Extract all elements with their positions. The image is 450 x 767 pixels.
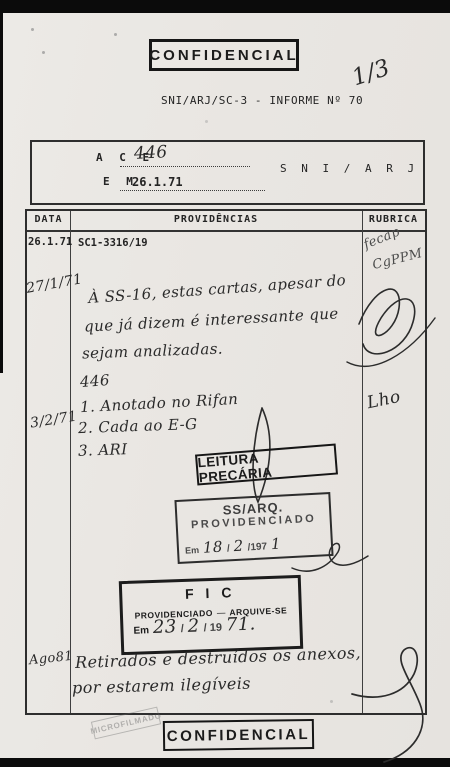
ssarq-em-label: Em xyxy=(185,545,200,556)
rubrica-signature-icon xyxy=(345,266,437,378)
paper-speck xyxy=(31,28,34,31)
fic-day-hw: 23 xyxy=(153,616,177,638)
paper-speck xyxy=(42,51,45,54)
typed-entry-text: SC1-3316/19 xyxy=(78,237,148,249)
ssarq-month-hw: 2 xyxy=(233,537,244,555)
col-header-data: DATA xyxy=(27,214,70,225)
ssarq-day-hw: 18 xyxy=(203,538,224,557)
paper-speck xyxy=(114,33,117,36)
col-header-rubrica: RUBRICA xyxy=(362,214,425,225)
ace-value: 446 xyxy=(133,142,168,164)
fic-stamp: F I C PROVIDENCIADO — ARQUIVE-SE Em 23 /… xyxy=(119,575,303,655)
paper-speck xyxy=(205,120,208,123)
hw-entry1-line: 446 xyxy=(79,371,110,391)
ssarq-sep: / xyxy=(227,543,230,554)
ssarq-year-prefix: /197 xyxy=(247,541,267,553)
fic-year-prefix: / 19 xyxy=(203,622,222,635)
confidencial-stamp-top: CONFIDENCIAL xyxy=(149,39,299,71)
fic-month-hw: 2 xyxy=(187,615,200,636)
scanned-document-page: CONFIDENCIAL 1/3 SNI/ARJ/SC-3 - INFORME … xyxy=(0,0,450,767)
fic-sep: / xyxy=(181,623,184,635)
page-fraction-note: 1/3 xyxy=(349,55,393,92)
confidencial-stamp-bottom: CONFIDENCIAL xyxy=(163,719,314,751)
col-header-providencias: PROVIDÊNCIAS xyxy=(70,214,362,225)
doc-reference: SNI/ARJ/SC-3 - INFORME Nº 70 xyxy=(161,94,363,107)
hw-entry2-line: 3. ARI xyxy=(78,440,128,460)
em-value: 26.1.71 xyxy=(132,175,183,189)
org-label: S N I / A R J xyxy=(280,162,418,175)
header-box: A C E 446 E M 26.1.71 S N I / A R J xyxy=(30,140,425,205)
scan-edge-top xyxy=(0,0,450,13)
fic-em-label: Em xyxy=(133,625,149,637)
ssarq-year-hw: 1 xyxy=(271,535,282,553)
fic-year-hw: 71. xyxy=(226,613,257,635)
scan-edge-left xyxy=(0,13,3,373)
table-header-row: DATA PROVIDÊNCIAS RUBRICA xyxy=(27,211,425,232)
typed-entry-date: 26.1.71 xyxy=(28,236,72,248)
closing-signature-icon xyxy=(352,632,440,764)
ssarq-signature-icon xyxy=(290,538,370,578)
confidencial-stamp-top-label: CONFIDENCIAL xyxy=(149,47,298,64)
confidencial-stamp-bottom-label: CONFIDENCIAL xyxy=(167,726,311,745)
